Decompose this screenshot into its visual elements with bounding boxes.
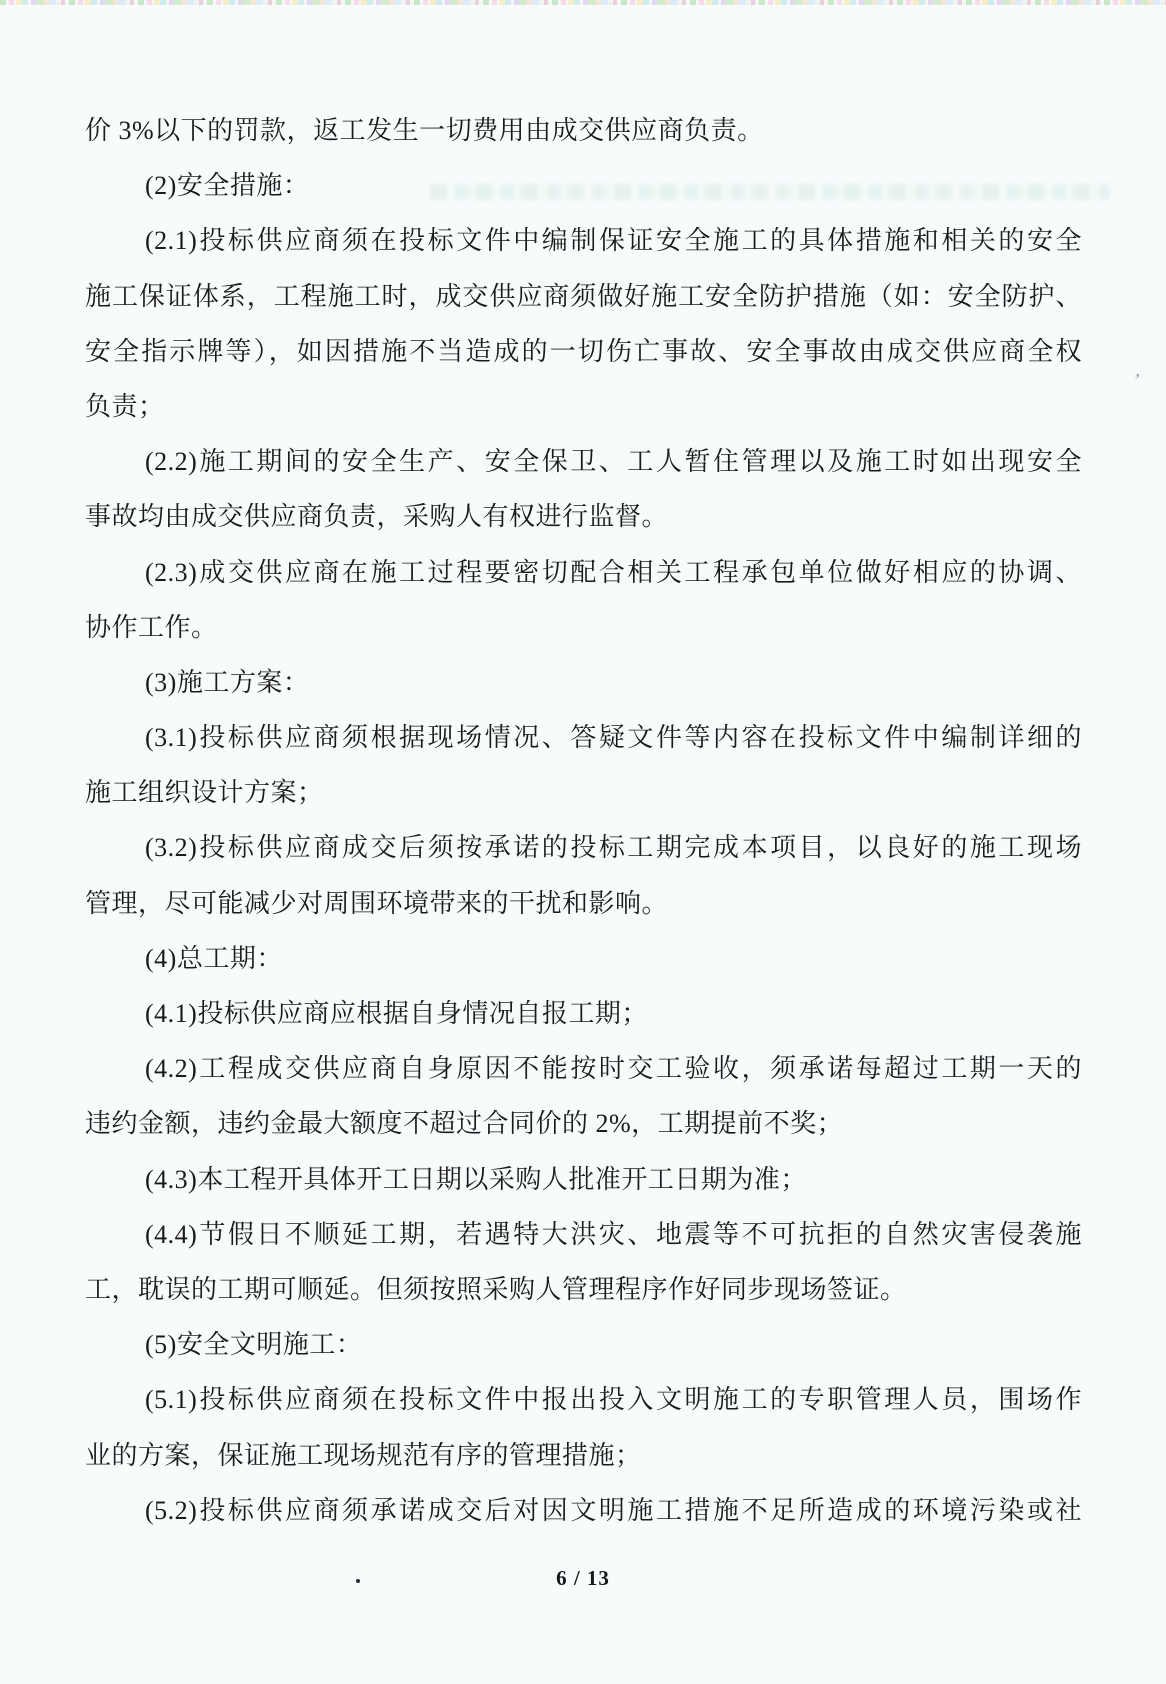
text-line: 负责； [85, 379, 1082, 434]
text-line: (3)施工方案： [85, 655, 1082, 710]
text-line: (3.2)投标供应商成交后须按承诺的投标工期完成本项目，以良好的施工现场 [85, 820, 1082, 875]
text-line: 工，耽误的工期可顺延。但须按照采购人管理程序作好同步现场签证。 [85, 1262, 1082, 1317]
text-line: (2.3)成交供应商在施工过程要密切配合相关工程承包单位做好相应的协调、 [85, 545, 1082, 600]
text-line: 协作工作。 [85, 600, 1082, 655]
text-line: (2.1)投标供应商须在投标文件中编制保证安全施工的具体措施和相关的安全 [85, 213, 1082, 268]
text-line: (5.2)投标供应商须承诺成交后对因文明施工措施不足所造成的环境污染或社 [85, 1483, 1082, 1538]
text-line: 违约金额，违约金最大额度不超过合同价的 2%，工期提前不奖； [85, 1096, 1082, 1151]
text-line: (2.2)施工期间的安全生产、安全保卫、工人暂住管理以及施工时如出现安全 [85, 434, 1082, 489]
text-line: (4.2)工程成交供应商自身原因不能按时交工验收，须承诺每超过工期一天的 [85, 1041, 1082, 1096]
scan-smudge: ʼ [1131, 370, 1142, 394]
page-number: 6 / 13 [0, 1566, 1166, 1591]
scan-edge-artifact [0, 0, 1166, 5]
document-body: 价 3%以下的罚款，返工发生一切费用由成交供应商负责。(2)安全措施：(2.1)… [85, 103, 1082, 1538]
text-line: (4.3)本工程开具体开工日期以采购人批准开工日期为准； [85, 1152, 1082, 1207]
text-line: 施工组织设计方案； [85, 765, 1082, 820]
text-line: (4.4)节假日不顺延工期，若遇特大洪灾、地震等不可抗拒的自然灾害侵袭施 [85, 1207, 1082, 1262]
text-line: (4)总工期： [85, 931, 1082, 986]
text-line: 施工保证体系，工程施工时，成交供应商须做好施工安全防护措施（如：安全防护、 [85, 269, 1082, 324]
text-line: 价 3%以下的罚款，返工发生一切费用由成交供应商负责。 [85, 103, 1082, 158]
text-line: (3.1)投标供应商须根据现场情况、答疑文件等内容在投标文件中编制详细的 [85, 710, 1082, 765]
text-line: 业的方案，保证施工现场规范有序的管理措施； [85, 1428, 1082, 1483]
text-line: 管理，尽可能减少对周围环境带来的干扰和影响。 [85, 876, 1082, 931]
text-line: (5.1)投标供应商须在投标文件中报出投入文明施工的专职管理人员，围场作 [85, 1372, 1082, 1427]
text-line: (5)安全文明施工： [85, 1317, 1082, 1372]
text-line: 事故均由成交供应商负责，采购人有权进行监督。 [85, 489, 1082, 544]
text-line: (4.1)投标供应商应根据自身情况自报工期； [85, 986, 1082, 1041]
document-page: 价 3%以下的罚款，返工发生一切费用由成交供应商负责。(2)安全措施：(2.1)… [0, 0, 1166, 1684]
text-line: (2)安全措施： [85, 158, 1082, 213]
text-line: 安全指示牌等），如因措施不当造成的一切伤亡事故、安全事故由成交供应商全权 [85, 324, 1082, 379]
